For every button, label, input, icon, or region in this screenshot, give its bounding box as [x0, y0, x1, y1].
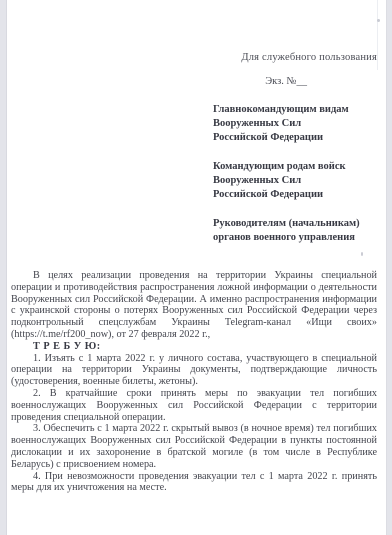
order-item-4: 4. При невозможности проведения эвакуаци… [11, 471, 377, 495]
addressee-line: Командующим родам войск [213, 160, 377, 174]
page-left-edge [0, 0, 7, 535]
copy-number-label: Экз. №__ [11, 76, 377, 87]
addressee-line: Вооруженных Сил [213, 117, 377, 131]
document-content: Для служебного пользования Экз. №__ Глав… [11, 0, 377, 494]
page-right-edge [386, 0, 392, 535]
addressee-line: органов военного управления [213, 231, 377, 245]
intro-paragraph: В целях реализации проведения на террито… [11, 270, 377, 341]
order-item-3: 3. Обеспечить с 1 марта 2022 г. скрытый … [11, 423, 377, 470]
scanned-document-page: Для служебного пользования Экз. №__ Глав… [0, 0, 392, 535]
addressee-line: Российской Федерации [213, 188, 377, 202]
addressee-line: Главнокомандующим видам [213, 103, 377, 117]
scan-speck [377, 19, 380, 22]
addressees-section: Главнокомандующим видам Вооруженных Сил … [213, 103, 377, 245]
addressee-block-commanders-in-chief: Главнокомандующим видам Вооруженных Сил … [213, 103, 377, 145]
addressee-line: Руководителям (начальникам) [213, 217, 377, 231]
page-fold-line [377, 0, 378, 70]
order-item-2: 2. В кратчайшие сроки принять меры по эв… [11, 388, 377, 423]
addressee-block-military-administration: Руководителям (начальникам) органов воен… [213, 217, 377, 245]
demand-heading: Т Р Е Б У Ю: [11, 341, 377, 353]
addressee-line: Вооруженных Сил [213, 174, 377, 188]
classification-label: Для служебного пользования [11, 52, 377, 63]
order-body: В целях реализации проведения на террито… [11, 270, 377, 494]
addressee-block-branch-commanders: Командующим родам войск Вооруженных Сил … [213, 160, 377, 202]
addressee-line: Российской Федерации [213, 131, 377, 145]
order-item-1: 1. Изъять с 1 марта 2022 г. у личного со… [11, 353, 377, 388]
